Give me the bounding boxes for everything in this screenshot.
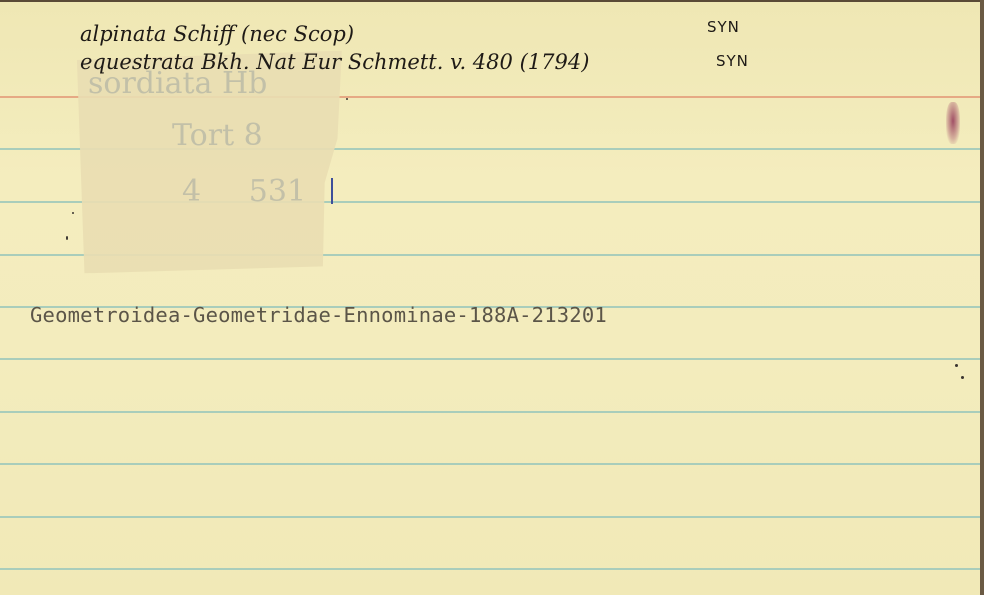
card-right-edge (980, 0, 984, 595)
blue-rule (0, 568, 980, 570)
typed-classification: Geometroidea-Geometridae-Ennominae-188A-… (30, 303, 607, 327)
syn-marker-1: SYN (707, 18, 740, 36)
slip-ghost-page: 4 531 (182, 174, 306, 209)
syn-marker-2: SYN (716, 52, 749, 70)
blue-rule (0, 463, 980, 465)
ink-speck (955, 364, 958, 367)
handwritten-synonym-equestrata: equestrata Bkh. Nat Eur Schmett. v. 480 … (80, 50, 589, 74)
ink-speck (66, 236, 68, 240)
blue-rule (0, 358, 980, 360)
ink-speck (346, 98, 348, 100)
ink-speck (961, 376, 964, 379)
index-card: sordiata Hb Tort 8 4 531 alpinata Schiff… (0, 0, 980, 595)
blue-rule (0, 516, 980, 518)
ink-speck (72, 212, 74, 214)
blue-pencil-mark (331, 178, 333, 204)
slip-ghost-reference: Tort 8 (172, 118, 263, 153)
ink-smudge (946, 102, 960, 144)
handwritten-synonym-alpinata: alpinata Schiff (nec Scop) (80, 22, 354, 46)
blue-rule (0, 411, 980, 413)
